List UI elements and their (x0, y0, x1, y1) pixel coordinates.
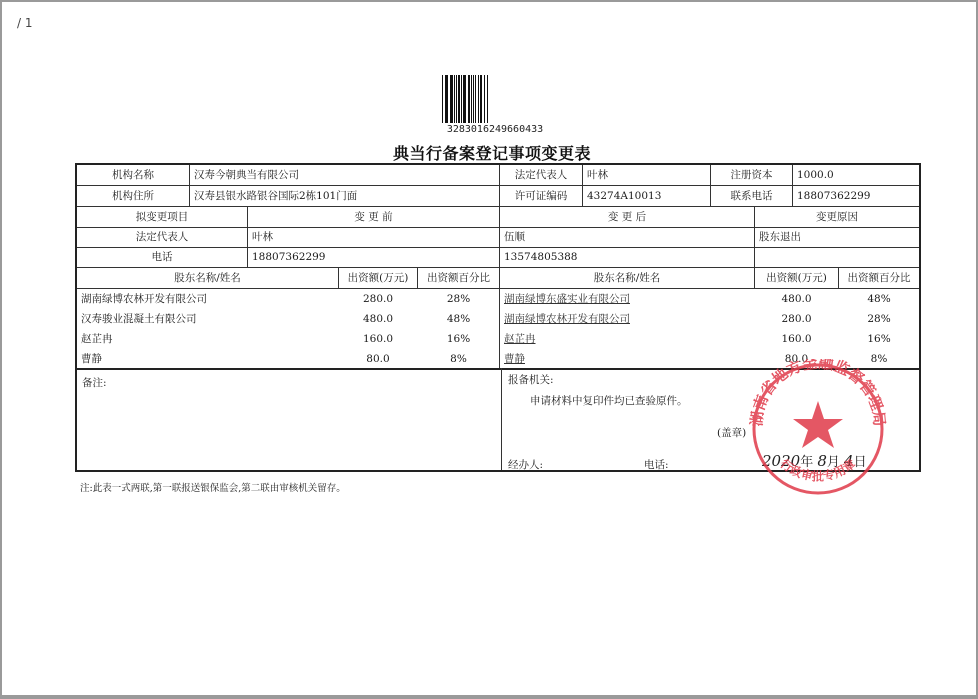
shareholder-before-pct: 8% (418, 349, 499, 369)
change-reason: 股东退出 (755, 227, 919, 247)
reg-capital-value: 1000.0 (793, 165, 919, 185)
shareholder-after-amount: 160.0 (755, 329, 838, 349)
date-day: 4 (844, 452, 854, 470)
remarks-label: 备注: (82, 375, 107, 390)
month-unit: 月 (827, 455, 840, 470)
shareholder-after-amount: 280.0 (755, 309, 838, 329)
org-name-label: 机构名称 (77, 165, 189, 185)
shareholder-name-header-before: 股东名称/姓名 (77, 268, 338, 288)
license-value: 43274A10013 (583, 186, 710, 206)
shareholder-after-pct: 48% (839, 289, 919, 309)
handler-phone-label: 电话: (644, 457, 669, 472)
shareholder-after-amount: 480.0 (755, 289, 838, 309)
phone-value: 18807362299 (793, 186, 919, 206)
amount-header-after: 出资额(万元) (755, 268, 838, 288)
date-month: 8 (817, 452, 827, 470)
change-before: 18807362299 (248, 247, 499, 267)
change-registration-table: 机构名称 汉寿今朝典当有限公司 法定代表人 叶林 注册资本 1000.0 机构住… (75, 163, 921, 472)
change-item: 电话 (77, 247, 247, 267)
org-name-value: 汉寿今朝典当有限公司 (190, 165, 499, 185)
shareholder-before-name: 赵芷冉 (77, 329, 338, 349)
shareholder-before-amount: 280.0 (339, 289, 417, 309)
shareholder-after-name: 曹静 (504, 353, 525, 365)
change-item-header: 拟变更项目 (77, 207, 247, 227)
reason-header: 变更原因 (755, 207, 919, 227)
amount-header-before: 出资额(万元) (339, 268, 417, 288)
barcode-number: 3283016249660433 (440, 124, 550, 135)
shareholder-before-pct: 48% (418, 309, 499, 329)
pct-header-after: 出资额百分比 (839, 268, 919, 288)
filing-statement: 申请材料中复印件均已查验原件。 (530, 393, 688, 408)
phone-label: 联系电话 (711, 186, 792, 206)
shareholder-after-name: 赵芷冉 (504, 333, 536, 345)
pct-header-before: 出资额百分比 (418, 268, 499, 288)
document-title: 典当行备案登记事项变更表 (372, 141, 612, 164)
document-page: / 1 3283016249660433 典当行备案登记事项变更表 机构名称 汉… (2, 2, 976, 695)
shareholder-before-name: 曹静 (77, 349, 338, 369)
shareholder-before-amount: 80.0 (339, 349, 417, 369)
barcode-image (442, 75, 547, 123)
license-label: 许可证编码 (500, 186, 582, 206)
footnote: 注:此表一式两联,第一联报送银保监会,第二联由审核机关留存。 (80, 480, 346, 494)
change-before: 叶林 (248, 227, 499, 247)
reg-capital-label: 注册资本 (711, 165, 792, 185)
shareholder-before-pct: 16% (418, 329, 499, 349)
handler-label: 经办人: (508, 457, 543, 472)
date-year: 2020 (762, 452, 800, 470)
legal-rep-value: 叶林 (583, 165, 710, 185)
legal-rep-label: 法定代表人 (500, 165, 582, 185)
shareholder-before-name: 湖南绿博农林开发有限公司 (77, 289, 338, 309)
seal-label: (盖章) (717, 425, 746, 440)
shareholder-before-amount: 160.0 (339, 329, 417, 349)
change-item: 法定代表人 (77, 227, 247, 247)
after-header: 变 更 后 (500, 207, 754, 227)
shareholder-after-name: 湖南绿博东盛实业有限公司 (504, 293, 630, 305)
signature-date: 2020年 8月 4日 (762, 451, 867, 470)
shareholder-after-amount: 80.0 (755, 349, 838, 369)
filing-authority-label: 报备机关: (508, 372, 554, 387)
shareholder-after-name: 湖南绿博农林开发有限公司 (504, 313, 630, 325)
before-header: 变 更 前 (248, 207, 499, 227)
shareholder-before-amount: 480.0 (339, 309, 417, 329)
shareholder-after-pct: 28% (839, 309, 919, 329)
shareholder-after-pct: 16% (839, 329, 919, 349)
change-after: 伍顺 (500, 227, 754, 247)
shareholder-before-name: 汉寿骏业混凝土有限公司 (77, 309, 338, 329)
shareholder-name-header-after: 股东名称/姓名 (500, 268, 754, 288)
shareholder-after-pct: 8% (839, 349, 919, 369)
address-value: 汉寿县银水路银谷国际2栋101门面 (190, 186, 499, 206)
change-after: 13574805388 (500, 247, 754, 267)
address-label: 机构住所 (77, 186, 189, 206)
page-counter: / 1 (17, 16, 33, 30)
shareholder-before-pct: 28% (418, 289, 499, 309)
year-unit: 年 (800, 455, 813, 470)
day-unit: 日 (854, 455, 867, 470)
